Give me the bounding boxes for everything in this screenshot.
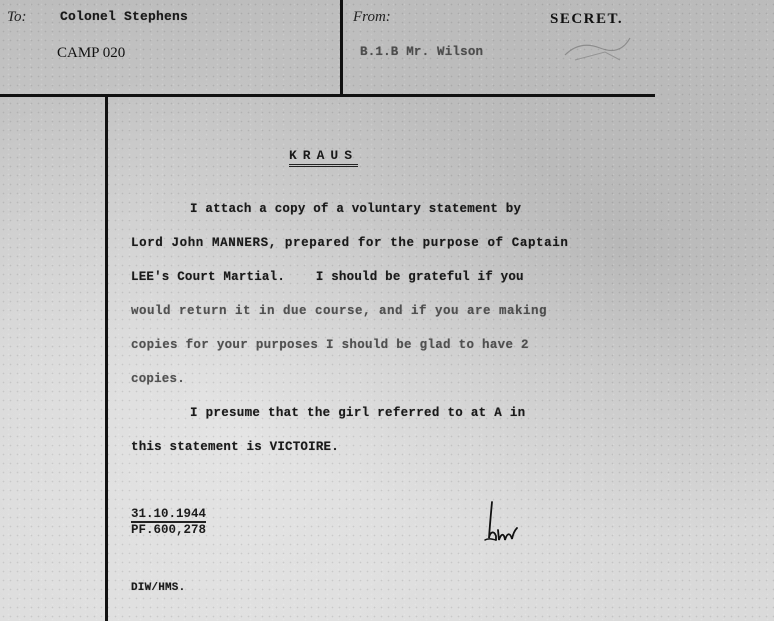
body-line: I attach a copy of a voluntary statement… <box>190 202 521 216</box>
typist-reference: DIW/HMS. <box>131 582 185 594</box>
body-line: copies for your purposes I should be gla… <box>131 338 529 352</box>
body-line: this statement is VICTOIRE. <box>131 440 339 454</box>
margin-rule <box>105 96 108 621</box>
recipient-name: Colonel Stephens <box>60 9 188 24</box>
from-label: From: <box>353 9 391 26</box>
body-line: Lord John MANNERS, prepared for the purp… <box>131 236 568 250</box>
classification-stamp: SECRET. <box>550 11 623 28</box>
header-divider-vertical <box>340 0 343 97</box>
sender-name: B.1.B Mr. Wilson <box>360 45 483 59</box>
body-line: copies. <box>131 372 185 386</box>
file-reference: PF.600,278 <box>131 524 206 537</box>
faded-stamp-mark <box>560 30 635 65</box>
signature-initials <box>482 498 522 548</box>
to-label: To: <box>7 9 26 26</box>
body-line: would return it in due course, and if yo… <box>131 304 547 318</box>
memo-page: To: Colonel Stephens CAMP 020 From: B.1.… <box>0 0 774 621</box>
memo-date: 31.10.1944 <box>131 508 206 523</box>
header-bottom-rule <box>0 94 655 97</box>
memo-subject: KRAUS <box>289 148 358 167</box>
body-line: I presume that the girl referred to at A… <box>190 406 525 420</box>
recipient-location: CAMP 020 <box>57 45 125 62</box>
body-line: LEE's Court Martial. I should be gratefu… <box>131 270 524 284</box>
